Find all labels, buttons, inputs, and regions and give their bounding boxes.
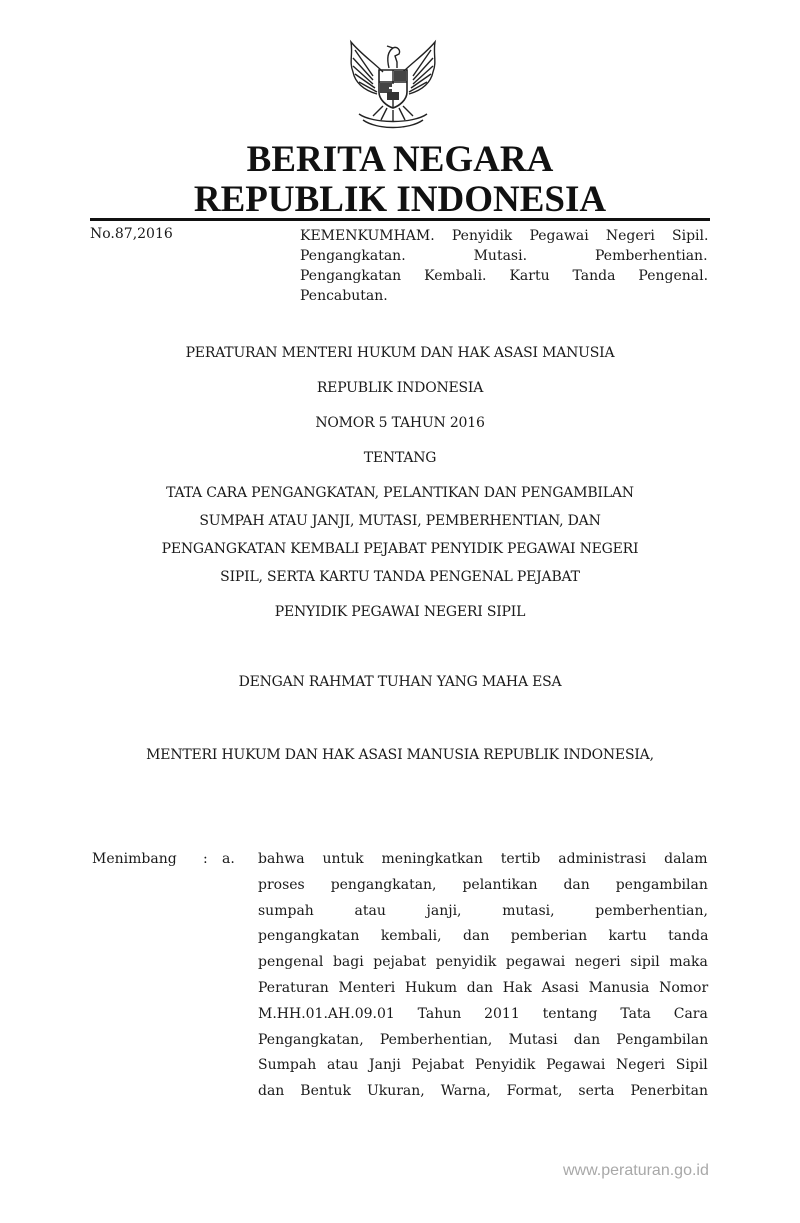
considering-item-letter: a. — [222, 851, 235, 867]
considering-item-body: bahwa untuk meningkatkan tertib administ… — [258, 851, 708, 1109]
subject-line: Pengangkatan. Mutasi. Pemberhentian. — [300, 246, 708, 266]
considering-colon: : — [203, 851, 208, 867]
considering-line: Pengangkatan, Pemberhentian, Mutasi dan … — [258, 1032, 708, 1058]
considering-line: pengenal bagi pejabat penyidik pegawai n… — [258, 954, 708, 980]
considering-line: M.HH.01.AH.09.01 Tahun 2011 tentang Tata… — [258, 1006, 708, 1032]
regulation-number: NOMOR 5 TAHUN 2016 — [0, 415, 800, 431]
considering-line: bahwa untuk meningkatkan tertib administ… — [258, 851, 708, 877]
gazette-subject: KEMENKUMHAM. Penyidik Pegawai Negeri Sip… — [300, 226, 708, 306]
considering-line: Peraturan Menteri Hukum dan Hak Asasi Ma… — [258, 980, 708, 1006]
regulation-title-line: TATA CARA PENGANGKATAN, PELANTIKAN DAN P… — [0, 485, 800, 501]
regulation-title-line: SUMPAH ATAU JANJI, MUTASI, PEMBERHENTIAN… — [0, 513, 800, 529]
considering-line: dan Bentuk Ukuran, Warna, Format, serta … — [258, 1083, 708, 1109]
invocation: DENGAN RAHMAT TUHAN YANG MAHA ESA — [0, 674, 800, 690]
considering-line: proses pengangkatan, pelantikan dan peng… — [258, 877, 708, 903]
masthead-title: BERITA NEGARA — [0, 138, 800, 181]
garuda-pancasila-emblem-icon — [343, 32, 443, 134]
regulation-title-line: PENGANGKATAN KEMBALI PEJABAT PENYIDIK PE… — [0, 541, 800, 557]
considering-line: Sumpah atau Janji Pejabat Penyidik Pegaw… — [258, 1057, 708, 1083]
subject-line: KEMENKUMHAM. Penyidik Pegawai Negeri Sip… — [300, 226, 708, 246]
subject-line: Pengangkatan Kembali. Kartu Tanda Pengen… — [300, 266, 708, 286]
regulation-about-label: TENTANG — [0, 450, 800, 466]
considering-line: pengangkatan kembali, dan pemberian kart… — [258, 928, 708, 954]
considering-label: Menimbang — [92, 851, 177, 867]
subject-line: Pencabutan. — [300, 286, 708, 306]
regulation-title-line: SIPIL, SERTA KARTU TANDA PENGENAL PEJABA… — [0, 569, 800, 585]
issuer: MENTERI HUKUM DAN HAK ASASI MANUSIA REPU… — [0, 747, 800, 763]
regulation-type: PERATURAN MENTERI HUKUM DAN HAK ASASI MA… — [0, 345, 800, 361]
regulation-country: REPUBLIK INDONESIA — [0, 380, 800, 396]
masthead-divider — [90, 218, 710, 221]
gazette-number: No.87,2016 — [90, 226, 173, 242]
footer-url: www.peraturan.go.id — [563, 1162, 709, 1180]
regulation-title-line: PENYIDIK PEGAWAI NEGERI SIPIL — [0, 604, 800, 620]
masthead-subtitle: REPUBLIK INDONESIA — [0, 178, 800, 221]
considering-line: sumpah atau janji, mutasi, pemberhentian… — [258, 903, 708, 929]
